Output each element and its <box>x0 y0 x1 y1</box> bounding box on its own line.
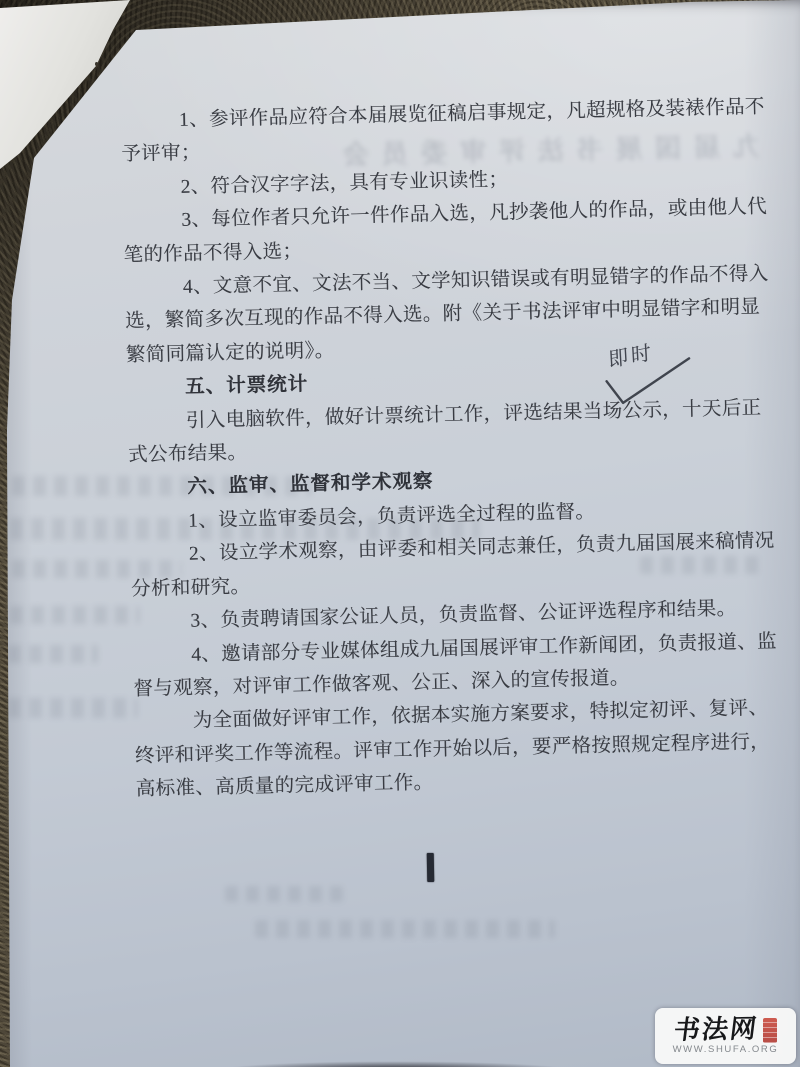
paper-speck <box>95 62 98 66</box>
bleedthrough-ghost <box>8 698 138 718</box>
bleedthrough-ghost <box>225 886 343 902</box>
watermark-url: WWW.SHUFA.ORG <box>673 1044 779 1055</box>
document-page: 九届国展书法评审委员会 1、参评作品应符合本届展览征稿启事规定，凡超规格及装裱作… <box>0 0 800 1067</box>
struck-word: 当场即时 <box>583 401 623 423</box>
bleedthrough-ghost <box>8 645 98 663</box>
page-bottom-shadow <box>180 1049 610 1067</box>
bleedthrough-ghost <box>255 920 555 938</box>
watermark-site-name: 书法网 <box>673 1016 760 1043</box>
ink-bar-mark <box>427 853 435 882</box>
red-seal-icon <box>763 1018 777 1043</box>
bleedthrough-ghost <box>10 606 140 624</box>
annotated-line-pre: 引入电脑软件，做好计票统计工作，评选结果 <box>186 401 583 431</box>
watermark-badge: 书法网 WWW.SHUFA.ORG <box>655 1008 796 1064</box>
doc-closing-paragraph: 为全面做好评审工作，依据本实施方案要求，特拟定初评、复评、 终评和评奖工作等流程… <box>134 691 796 806</box>
document-body: 1、参评作品应符合本届展览征稿启事规定，凡超规格及装裱作品不 予评审； 2、符合… <box>120 90 796 806</box>
photo-scene: 九届国展书法评审委员会 1、参评作品应符合本届展览征稿启事规定，凡超规格及装裱作… <box>0 0 800 1067</box>
